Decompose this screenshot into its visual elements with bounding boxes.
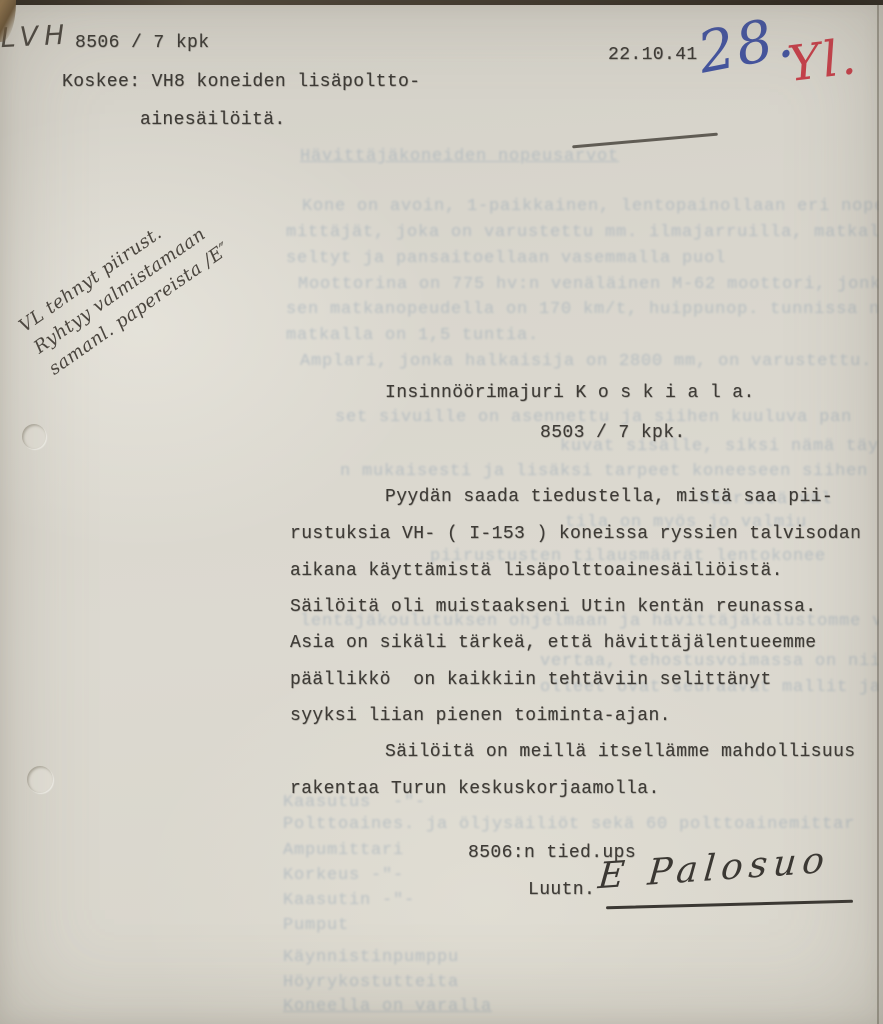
punch-hole-bottom <box>27 766 53 793</box>
recipient-reference: 8503 / 7 kpk. <box>540 423 686 443</box>
scan-right-edge <box>879 0 883 1024</box>
signature-rank: Luutn. <box>528 880 595 900</box>
body-line-1: Pyydän saada tiedustella, mistä saa pii- <box>385 487 833 507</box>
subject-line-1: Koskee: VH8 koneiden lisäpoltto- <box>62 72 420 92</box>
body-line-6: päällikkö on kaikkiin tehtäviin selittän… <box>290 670 772 690</box>
body-line-4: Säilöitä oli muistaakseni Utin kentän re… <box>290 597 816 617</box>
body-line-9: rakentaa Turun keskuskorjaamolla. <box>290 779 660 799</box>
body-line-3: aikana käyttämistä lisäpolttoainesäiliöi… <box>290 561 783 581</box>
body-line-7: syyksi liian pienen toiminta-ajan. <box>290 706 671 726</box>
document-scan: Hävittäjäkoneiden nopeusarvotKone on avo… <box>0 0 883 1024</box>
handwritten-red-marking: Yl. <box>785 28 861 93</box>
subject-line-2: ainesäilöitä. <box>140 110 286 130</box>
date: 22.10.41 <box>608 45 698 65</box>
body-line-8: Säilöitä on meillä itsellämme mahdollisu… <box>385 742 855 762</box>
scan-top-edge <box>0 0 883 5</box>
punch-hole-top <box>22 424 46 449</box>
body-line-5: Asia on sikäli tärkeä, että hävittäjälen… <box>290 633 816 653</box>
body-line-2: rustuksia VH- ( I-153 ) koneissa ryssien… <box>290 524 861 544</box>
recipient-name: Insinnöörimajuri K o s k i a l a. <box>385 383 755 403</box>
page-right-edge-line <box>877 0 879 1024</box>
